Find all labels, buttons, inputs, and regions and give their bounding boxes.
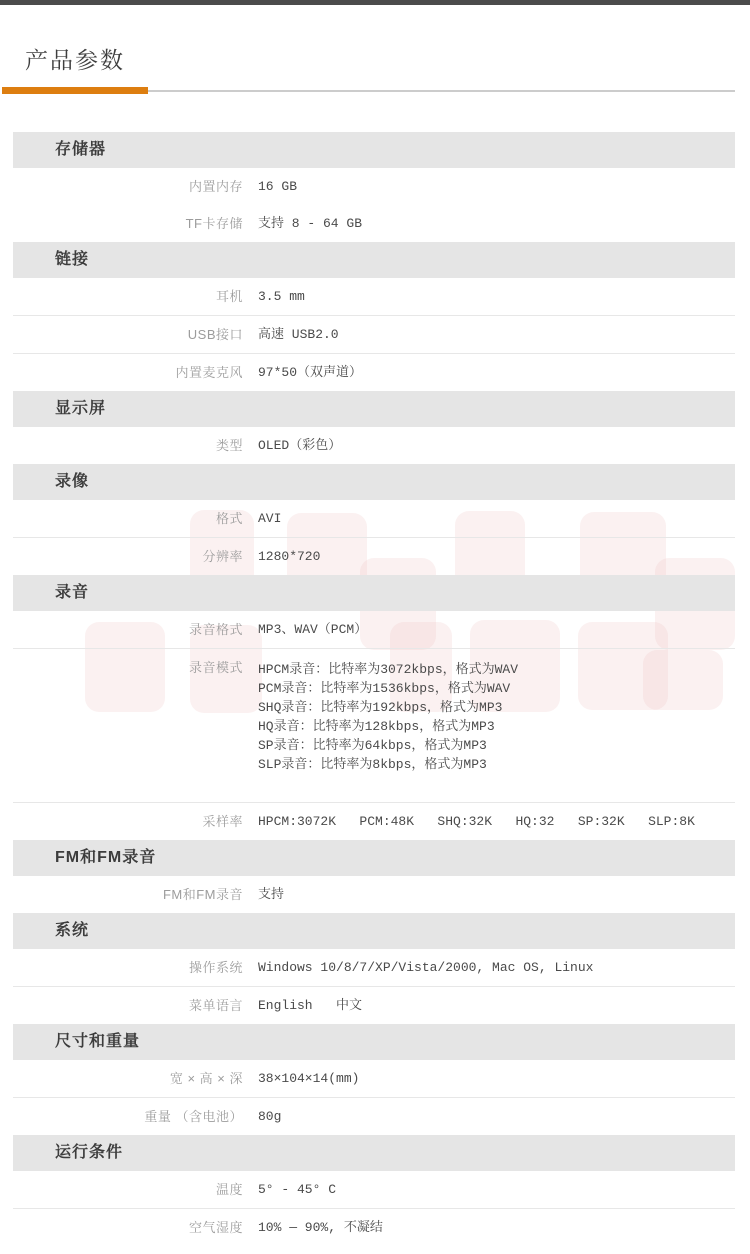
- row-value: 5° - 45° C: [258, 1182, 336, 1198]
- row-label: FM和FM录音: [13, 887, 243, 903]
- row-label: 录音模式: [13, 660, 243, 676]
- row-value: 97*50（双声道）: [258, 365, 362, 381]
- section-header: 录音: [13, 575, 735, 611]
- spec-row: 宽 × 高 × 深38×104×14(mm): [13, 1060, 735, 1098]
- spec-row: 重量 （含电池）80g: [13, 1098, 735, 1135]
- row-label: 录音格式: [13, 622, 243, 638]
- row-value: 高速 USB2.0: [258, 327, 339, 343]
- row-label: 重量 （含电池）: [13, 1109, 243, 1125]
- spec-row: 内置内存16 GB: [13, 168, 735, 205]
- spec-section: 录音录音格式MP3、WAV（PCM）录音模式HPCM录音：比特率为3072kbp…: [0, 575, 750, 840]
- spec-row: USB接口高速 USB2.0: [13, 316, 735, 354]
- row-label: 内置麦克风: [13, 365, 243, 381]
- row-label: 内置内存: [13, 179, 243, 195]
- row-value-line: PCM录音：比特率为1536kbps，格式为WAV: [258, 679, 518, 698]
- spec-section: 显示屏类型OLED（彩色）: [0, 391, 750, 464]
- spec-row: 内置麦克风97*50（双声道）: [13, 354, 735, 391]
- spec-section: 尺寸和重量宽 × 高 × 深38×104×14(mm)重量 （含电池）80g: [0, 1024, 750, 1135]
- spec-row: 录音模式HPCM录音：比特率为3072kbps，格式为WAVPCM录音：比特率为…: [13, 649, 735, 803]
- row-label: 采样率: [13, 814, 243, 830]
- section-header: 系统: [13, 913, 735, 949]
- section-rows: 温度5° - 45° C空气湿度10% — 90%, 不凝结: [13, 1171, 735, 1246]
- spec-row: 采样率HPCM:3072K PCM:48K SHQ:32K HQ:32 SP:3…: [13, 803, 735, 840]
- row-value: 38×104×14(mm): [258, 1071, 359, 1087]
- spec-section: 存储器内置内存16 GBTF卡存储支持 8 - 64 GB: [0, 132, 750, 242]
- row-value: HPCM录音：比特率为3072kbps，格式为WAVPCM录音：比特率为1536…: [258, 660, 518, 774]
- spec-row: 类型OLED（彩色）: [13, 427, 735, 464]
- row-value: 1280*720: [258, 549, 320, 565]
- spec-section: FM和FM录音FM和FM录音支持: [0, 840, 750, 913]
- row-label: 耳机: [13, 289, 243, 305]
- spec-row: 格式AVI: [13, 500, 735, 538]
- section-rows: 耳机3.5 mmUSB接口高速 USB2.0内置麦克风97*50（双声道）: [13, 278, 735, 391]
- spec-row: 操作系统Windows 10/8/7/XP/Vista/2000, Mac OS…: [13, 949, 735, 987]
- row-value: 支持 8 - 64 GB: [258, 216, 362, 232]
- section-header: 运行条件: [13, 1135, 735, 1171]
- title-underline-rule: [148, 90, 735, 92]
- section-header: FM和FM录音: [13, 840, 735, 876]
- section-rows: 操作系统Windows 10/8/7/XP/Vista/2000, Mac OS…: [13, 949, 735, 1024]
- row-label: 空气湿度: [13, 1220, 243, 1236]
- row-value-line: SHQ录音：比特率为192kbps，格式为MP3: [258, 698, 518, 717]
- row-value-line: SP录音：比特率为64kbps，格式为MP3: [258, 736, 518, 755]
- spec-row: TF卡存储支持 8 - 64 GB: [13, 205, 735, 242]
- row-label: 格式: [13, 511, 243, 527]
- row-label: 菜单语言: [13, 998, 243, 1014]
- title-underline: [0, 87, 750, 94]
- spec-row: 菜单语言English 中文: [13, 987, 735, 1024]
- spec-row: FM和FM录音支持: [13, 876, 735, 913]
- spec-table: 存储器内置内存16 GBTF卡存储支持 8 - 64 GB链接耳机3.5 mmU…: [0, 132, 750, 1246]
- spec-row: 分辨率1280*720: [13, 538, 735, 575]
- spec-row: 空气湿度10% — 90%, 不凝结: [13, 1209, 735, 1246]
- row-label: TF卡存储: [13, 216, 243, 232]
- row-value-line: HQ录音：比特率为128kbps，格式为MP3: [258, 717, 518, 736]
- row-label: 操作系统: [13, 960, 243, 976]
- row-value: MP3、WAV（PCM）: [258, 622, 367, 638]
- spec-section: 运行条件温度5° - 45° C空气湿度10% — 90%, 不凝结: [0, 1135, 750, 1246]
- row-value: 10% — 90%, 不凝结: [258, 1220, 383, 1236]
- title-underline-accent: [2, 87, 148, 94]
- row-value: 16 GB: [258, 179, 297, 195]
- row-value-line: SLP录音：比特率为8kbps，格式为MP3: [258, 755, 518, 774]
- row-label: USB接口: [13, 327, 243, 343]
- section-header: 存储器: [13, 132, 735, 168]
- section-header: 显示屏: [13, 391, 735, 427]
- section-rows: FM和FM录音支持: [13, 876, 735, 913]
- spec-row: 录音格式MP3、WAV（PCM）: [13, 611, 735, 649]
- section-rows: 宽 × 高 × 深38×104×14(mm)重量 （含电池）80g: [13, 1060, 735, 1135]
- row-label: 分辨率: [13, 549, 243, 565]
- section-rows: 格式AVI分辨率1280*720: [13, 500, 735, 575]
- section-header: 尺寸和重量: [13, 1024, 735, 1060]
- row-value: 3.5 mm: [258, 289, 305, 305]
- row-label: 温度: [13, 1182, 243, 1198]
- spec-row: 温度5° - 45° C: [13, 1171, 735, 1209]
- row-value-line: HPCM录音：比特率为3072kbps，格式为WAV: [258, 660, 518, 679]
- row-value: HPCM:3072K PCM:48K SHQ:32K HQ:32 SP:32K …: [258, 814, 695, 830]
- section-rows: 类型OLED（彩色）: [13, 427, 735, 464]
- spec-section: 系统操作系统Windows 10/8/7/XP/Vista/2000, Mac …: [0, 913, 750, 1024]
- row-label: 类型: [13, 438, 243, 454]
- section-rows: 内置内存16 GBTF卡存储支持 8 - 64 GB: [13, 168, 735, 242]
- page-title: 产品参数: [25, 49, 750, 72]
- row-value: Windows 10/8/7/XP/Vista/2000, Mac OS, Li…: [258, 960, 593, 976]
- section-header: 录像: [13, 464, 735, 500]
- spec-row: 耳机3.5 mm: [13, 278, 735, 316]
- row-value: OLED（彩色）: [258, 438, 341, 454]
- row-value: AVI: [258, 511, 281, 527]
- row-label: 宽 × 高 × 深: [13, 1071, 243, 1087]
- row-value: English 中文: [258, 998, 362, 1014]
- spec-section: 链接耳机3.5 mmUSB接口高速 USB2.0内置麦克风97*50（双声道）: [0, 242, 750, 391]
- spec-section: 录像格式AVI分辨率1280*720: [0, 464, 750, 575]
- row-value: 支持: [258, 887, 284, 903]
- section-header: 链接: [13, 242, 735, 278]
- row-value: 80g: [258, 1109, 281, 1125]
- top-border: [0, 0, 750, 5]
- section-rows: 录音格式MP3、WAV（PCM）录音模式HPCM录音：比特率为3072kbps，…: [13, 611, 735, 840]
